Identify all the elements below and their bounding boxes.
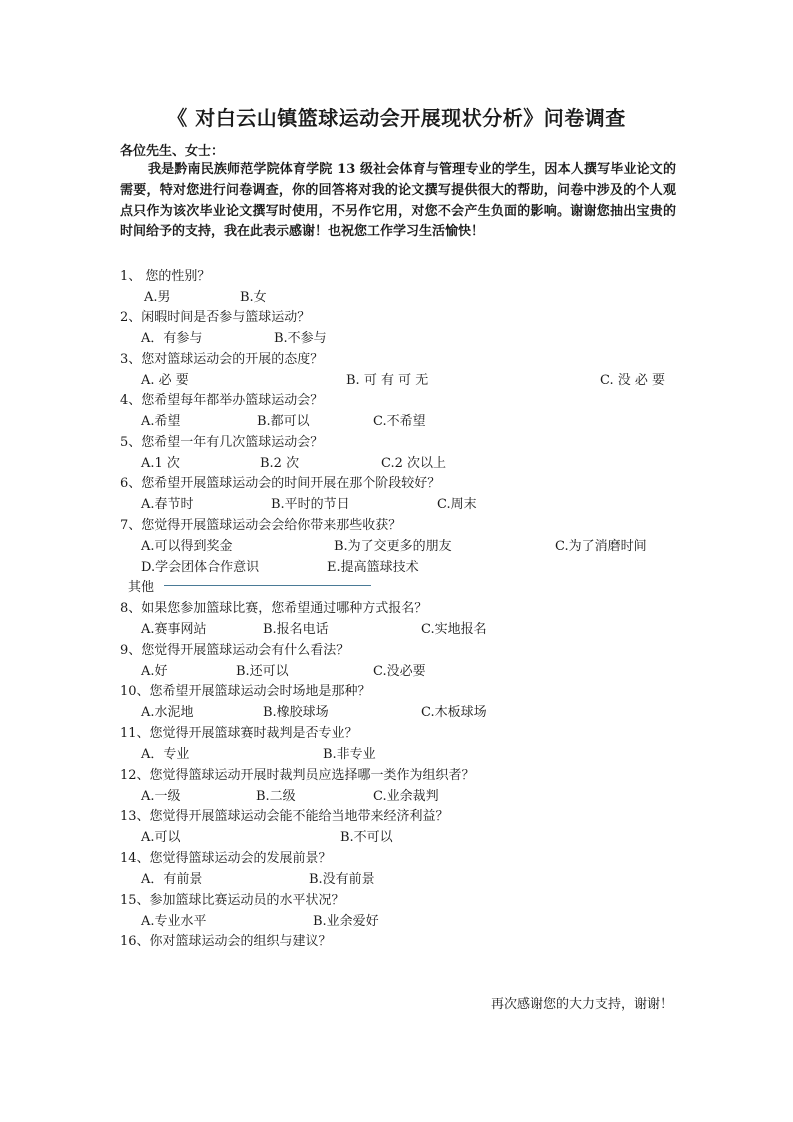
question-9: 9、您觉得开展篮球运动会有什么看法？ xyxy=(120,639,349,658)
question-11: 11、您觉得开展篮球赛时裁判是否专业？ xyxy=(120,722,358,741)
q7-other-input-line[interactable] xyxy=(164,585,371,586)
q10-option-b[interactable]: B.橡胶球场 xyxy=(263,701,329,720)
q6-option-b[interactable]: B.平时的节日 xyxy=(271,493,350,512)
question-8: 8、如果您参加篮球比赛，您希望通过哪种方式报名？ xyxy=(120,597,427,616)
q7-other-label: 其他 xyxy=(128,576,154,595)
question-16: 16、你对篮球运动会的组织与建议？ xyxy=(120,930,332,949)
q3-option-b[interactable]: B. 可 有 可 无 xyxy=(346,369,428,388)
q3-option-a[interactable]: A. 必 要 xyxy=(141,369,189,388)
q10-option-a[interactable]: A.水泥地 xyxy=(141,701,194,720)
question-7: 7、您觉得开展篮球运动会会给你带来那些收获？ xyxy=(120,514,401,533)
intro-paragraph: 我是黔南民族师范学院体育学院 13 级社会体育与管理专业的学生，因本人撰写毕业论… xyxy=(120,160,676,243)
q9-option-a[interactable]: A.好 xyxy=(141,660,168,679)
q7-option-a[interactable]: A.可以得到奖金 xyxy=(141,535,233,554)
q5-option-c[interactable]: C.2 次以上 xyxy=(381,452,446,471)
q12-option-c[interactable]: C.业余裁判 xyxy=(373,785,439,804)
q12-option-a[interactable]: A.一级 xyxy=(141,785,181,804)
q2-option-b[interactable]: B.不参与 xyxy=(274,327,327,346)
q4-option-c[interactable]: C.不希望 xyxy=(373,410,426,429)
question-12: 12、您觉得篮球运动开展时裁判员应选择哪一类作为组织者？ xyxy=(120,764,475,783)
q4-option-a[interactable]: A.希望 xyxy=(141,410,181,429)
q13-option-a[interactable]: A.可以 xyxy=(141,826,181,845)
q5-option-b[interactable]: B.2 次 xyxy=(260,452,299,471)
q7-option-c[interactable]: C.为了消磨时间 xyxy=(555,535,647,554)
q11-option-a[interactable]: A．专业 xyxy=(141,743,189,762)
q8-option-b[interactable]: B.报名电话 xyxy=(263,618,329,637)
q1-option-b[interactable]: B.女 xyxy=(240,286,267,305)
question-2: 2、闲暇时间是否参与篮球运动？ xyxy=(120,306,310,325)
q7-option-b[interactable]: B.为了交更多的朋友 xyxy=(334,535,452,554)
q8-option-c[interactable]: C.实地报名 xyxy=(421,618,487,637)
question-6: 6、您希望开展篮球运动会的时间开展在那个阶段较好？ xyxy=(120,472,440,491)
q9-option-b[interactable]: B.还可以 xyxy=(236,660,289,679)
q3-option-c[interactable]: C. 没 必 要 xyxy=(600,369,665,388)
question-4: 4、您希望每年都举办篮球运动会？ xyxy=(120,389,323,408)
greeting: 各位先生、女士： xyxy=(120,140,224,159)
q13-option-b[interactable]: B.不可以 xyxy=(340,826,393,845)
q1-option-a[interactable]: A.男 xyxy=(144,286,171,305)
q7-option-e[interactable]: E.提高篮球技术 xyxy=(327,556,419,575)
question-5: 5、您希望一年有几次篮球运动会？ xyxy=(120,431,323,450)
closing-thanks: 再次感谢您的大力支持，谢谢！ xyxy=(491,993,673,1012)
q5-option-a[interactable]: A.1 次 xyxy=(141,452,180,471)
question-1: 1、 您的性别？ xyxy=(120,265,210,284)
question-10: 10、您希望开展篮球运动会时场地是那种？ xyxy=(120,680,371,699)
q15-option-b[interactable]: B.业余爱好 xyxy=(313,910,379,929)
question-15: 15、参加篮球比赛运动员的水平状况？ xyxy=(120,889,345,908)
question-14: 14、您觉得篮球运动会的发展前景？ xyxy=(120,847,332,866)
q8-option-a[interactable]: A.赛事网站 xyxy=(141,618,207,637)
question-13: 13、您觉得开展篮球运动会能不能给当地带来经济利益？ xyxy=(120,805,449,824)
q9-option-c[interactable]: C.没必要 xyxy=(373,660,426,679)
q4-option-b[interactable]: B.都可以 xyxy=(257,410,310,429)
q2-option-a[interactable]: A．有参与 xyxy=(141,327,202,346)
q15-option-a[interactable]: A.专业水平 xyxy=(141,910,207,929)
question-3: 3、您对篮球运动会的开展的态度？ xyxy=(120,348,323,367)
q6-option-c[interactable]: C.周末 xyxy=(437,493,477,512)
q14-option-b[interactable]: B.没有前景 xyxy=(309,868,375,887)
q7-option-d[interactable]: D.学会团体合作意识 xyxy=(141,556,259,575)
q14-option-a[interactable]: A．有前景 xyxy=(141,868,202,887)
q11-option-b[interactable]: B.非专业 xyxy=(323,743,376,762)
page-title: 《 对白云山镇篮球运动会开展现状分析》问卷调查 xyxy=(0,102,793,131)
q6-option-a[interactable]: A.春节时 xyxy=(141,493,194,512)
q10-option-c[interactable]: C.木板球场 xyxy=(421,701,487,720)
q12-option-b[interactable]: B.二级 xyxy=(256,785,296,804)
